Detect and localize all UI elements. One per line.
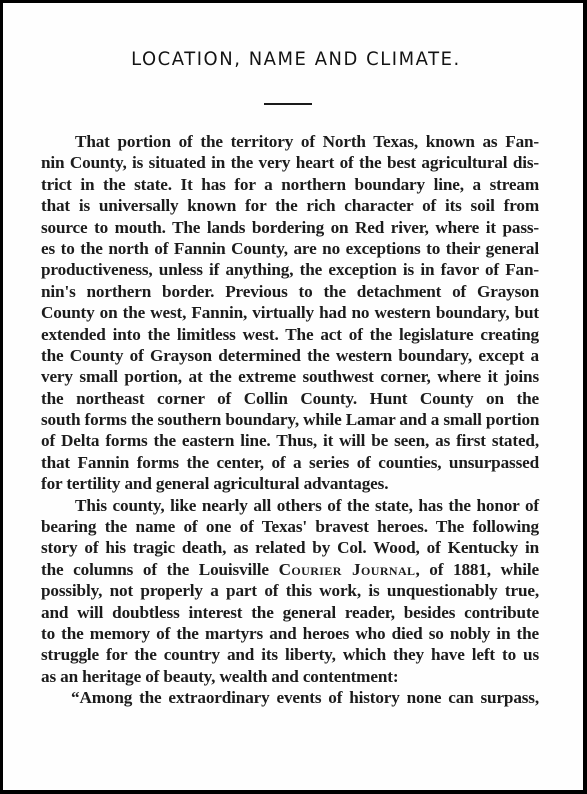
text-line: possibly, not properly a part of this wo… [41, 580, 539, 601]
text-line: that is universally known for the rich c… [41, 195, 539, 216]
text-line: story of his tragic death, as related by… [41, 537, 539, 558]
text-line: source to mouth. The lands bordering on … [41, 217, 539, 238]
chapter-title: LOCATION, NAME AND CLIMATE. [12, 49, 575, 70]
text-line: es to the north of Fannin County, are no… [41, 238, 539, 259]
text-line: bearing the name of one of Texas' braves… [41, 516, 539, 537]
body-text: That portion of the territory of North T… [41, 131, 539, 709]
text-line: very small portion, at the extreme south… [41, 366, 539, 387]
paragraph-location: That portion of the territory of North T… [41, 131, 539, 495]
text-line: of Delta forms the eastern line. Thus, i… [41, 430, 539, 451]
publication-name: Courier Journal [279, 560, 416, 579]
text-line: the northeast corner of Collin County. H… [41, 388, 539, 409]
text-line: That portion of the territory of North T… [41, 131, 539, 152]
book-page: LOCATION, NAME AND CLIMATE. That portion… [3, 3, 583, 790]
paragraph-name: This county, like nearly all others of t… [41, 495, 539, 688]
paragraph-quotation: “Among the extraordinary events of histo… [41, 687, 539, 708]
text-line: struggle for the country and its liberty… [41, 644, 539, 665]
title-rule-divider [264, 103, 312, 105]
text-line: to the memory of the martyrs and heroes … [41, 623, 539, 644]
text-line: nin County, is situated in the very hear… [41, 152, 539, 173]
text-line: and will doubtless interest the general … [41, 602, 539, 623]
text-line: productiveness, unless if anything, the … [41, 259, 539, 280]
text-line: for tertility and general agricultural a… [41, 473, 539, 494]
text-line: County on the west, Fannin, virtually ha… [41, 302, 539, 323]
text-line: This county, like nearly all others of t… [41, 495, 539, 516]
text-fragment: , of 1881, while [415, 560, 539, 579]
text-line: the County of Grayson determined the wes… [41, 345, 539, 366]
text-line: as an heritage of beauty, wealth and con… [41, 666, 539, 687]
text-line: “Among the extraordinary events of histo… [41, 687, 539, 708]
text-fragment: the columns of the Louisville [41, 560, 279, 579]
text-line: nin's northern border. Previous to the d… [41, 281, 539, 302]
text-line: extended into the limitless west. The ac… [41, 324, 539, 345]
text-line: that Fannin forms the center, of a serie… [41, 452, 539, 473]
text-line-with-publication: the columns of the Louisville Courier Jo… [41, 559, 539, 580]
text-line: trict in the state. It has for a norther… [41, 174, 539, 195]
text-line: south forms the southern boundary, while… [41, 409, 539, 430]
